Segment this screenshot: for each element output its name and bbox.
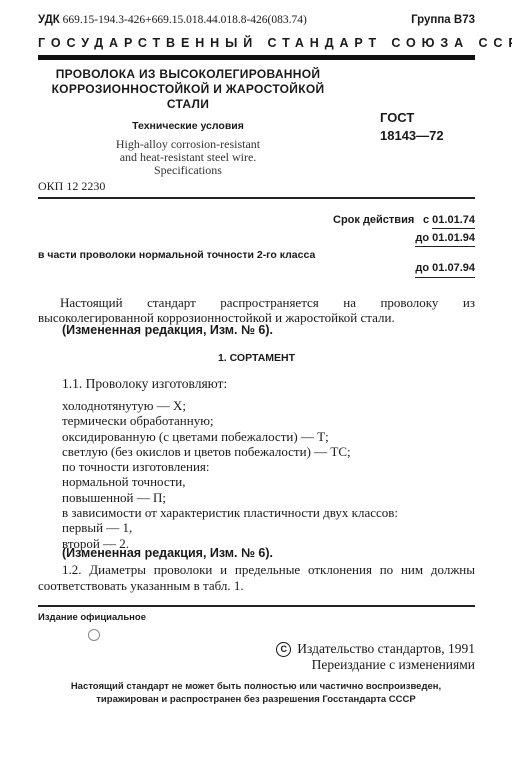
copyright-icon: C: [276, 642, 291, 657]
intro-paragraph: Настоящий стандарт распространяется на п…: [38, 295, 475, 325]
validity-part-note: в части проволоки нормальной точности 2-…: [38, 249, 315, 261]
udk-label: УДК: [38, 14, 60, 26]
group-code: Группа В73: [411, 14, 475, 26]
publisher-line: CИздательство стандартов, 1991: [276, 641, 475, 657]
list-item: светлую (без окислов и цветов побежалост…: [62, 444, 398, 459]
wire-types-list: холоднотянутую — Х; термически обработан…: [62, 398, 398, 551]
title-divider: [38, 197, 475, 199]
list-item: первый — 1,: [62, 520, 398, 535]
list-item: нормальной точности,: [62, 474, 398, 489]
english-title-line-3: Specifications: [38, 164, 338, 177]
title-line-3: СТАЛИ: [38, 97, 338, 112]
list-item: холоднотянутую — Х;: [62, 398, 398, 413]
official-edition-label: Издание официальное: [38, 612, 146, 623]
udk-code: УДК 669.15-194.3-426+669.15.018.44.018.8…: [38, 14, 307, 26]
publisher-name: Издательство стандартов, 1991: [297, 641, 475, 656]
circle-mark-icon: [88, 629, 100, 641]
publisher-block: CИздательство стандартов, 1991 Переиздан…: [276, 641, 475, 673]
amendment-note: (Измененная редакция, Изм. № 6).: [62, 546, 273, 560]
section-heading: 1. СОРТАМЕНТ: [38, 352, 475, 364]
list-item: оксидированную (с цветами побежалости) —…: [62, 429, 398, 444]
validity-part-to: до 01.07.94: [415, 262, 475, 274]
header-divider: [38, 55, 475, 60]
state-standard-heading: ГОСУДАРСТВЕННЫЙ СТАНДАРТ СОЮЗА ССР: [38, 36, 475, 50]
list-item: в зависимости от характеристик пластично…: [62, 505, 398, 520]
udk-value: 669.15-194.3-426+669.15.018.44.018.8-426…: [63, 14, 307, 26]
reproduction-notice: Настоящий стандарт не может быть полност…: [30, 680, 482, 706]
list-item: термически обработанную;: [62, 413, 398, 428]
reprint-note: Переиздание с изменениями: [276, 657, 475, 673]
notice-line-2: тиражирован и распространен без разрешен…: [30, 693, 482, 706]
title-block: ПРОВОЛОКА ИЗ ВЫСОКОЛЕГИРОВАННОЙ КОРРОЗИО…: [38, 67, 338, 177]
okp-code: ОКП 12 2230: [38, 179, 105, 194]
title-line-2: КОРРОЗИОННОСТОЙКОЙ И ЖАРОСТОЙКОЙ: [38, 82, 338, 97]
gost-number: 18143—72: [380, 127, 460, 145]
document-title: ПРОВОЛОКА ИЗ ВЫСОКОЛЕГИРОВАННОЙ КОРРОЗИО…: [38, 67, 338, 112]
list-item: по точности изготовления:: [62, 459, 398, 474]
clause-1-2: 1.2. Диаметры проволоки и предельные отк…: [38, 562, 475, 593]
amendment-note: (Измененная редакция, Изм. № 6).: [62, 323, 273, 337]
list-item: повышенной — П;: [62, 490, 398, 505]
title-line-1: ПРОВОЛОКА ИЗ ВЫСОКОЛЕГИРОВАННОЙ: [38, 67, 338, 82]
gost-label: ГОСТ: [380, 109, 460, 127]
validity-to: до 01.01.94: [415, 232, 475, 244]
validity-rule: [415, 246, 475, 247]
validity-label: Срок действия: [333, 214, 414, 226]
validity-rule: [432, 228, 475, 229]
validity-from: с 01.01.74: [423, 214, 475, 226]
document-subtitle: Технические условия: [38, 120, 338, 132]
gost-designation: ГОСТ 18143—72: [380, 109, 460, 145]
notice-line-1: Настоящий стандарт не может быть полност…: [30, 680, 482, 693]
footer-divider: [38, 605, 475, 607]
english-title: High-alloy corrosion-resistant and heat-…: [38, 138, 338, 177]
clause-1-1: 1.1. Проволоку изготовляют:: [62, 376, 227, 392]
validity-rule: [415, 277, 475, 278]
